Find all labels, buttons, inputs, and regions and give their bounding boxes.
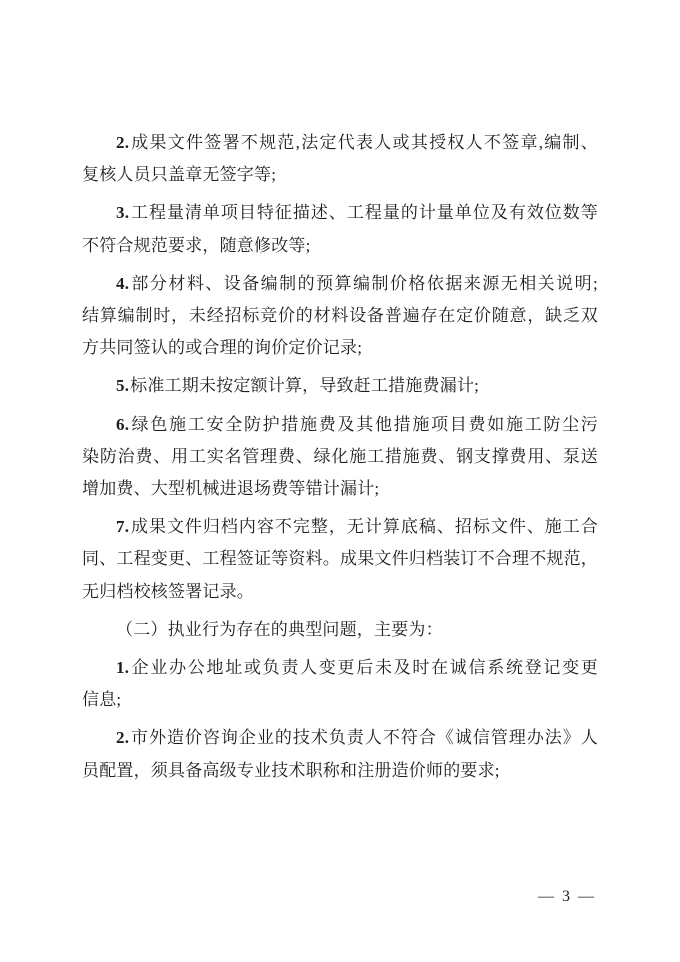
text-line: 复核人员只盖章无签字等; <box>82 159 598 191</box>
paragraph: 7.成果文件归档内容不完整，无计算底稿、招标文件、施工合同、工程变更、工程签证等… <box>82 511 598 608</box>
text-line: 结算编制时，未经招标竞价的材料设备普遍存在定价随意，缺乏双 <box>82 300 598 332</box>
document-page: 2.成果文件签署不规范,法定代表人或其授权人不签章,编制、复核人员只盖章无签字等… <box>0 0 680 962</box>
text-line: 7.成果文件归档内容不完整，无计算底稿、招标文件、施工合 <box>82 511 598 543</box>
text-line: 1.企业办公地址或负责人变更后未及时在诚信系统登记变更 <box>82 652 598 684</box>
page-number: — 3 — <box>538 888 596 906</box>
text-line: 增加费、大型机械进退场费等错计漏计; <box>82 473 598 505</box>
text-line: 染防治费、用工实名管理费、绿化施工措施费、钢支撑费用、泵送 <box>82 441 598 473</box>
paragraph: 4.部分材料、设备编制的预算编制价格依据来源无相关说明;结算编制时，未经招标竞价… <box>82 268 598 365</box>
text-line: 同、工程变更、工程签证等资料。成果文件归档装订不合理不规范， <box>82 543 598 575</box>
item-number: 7. <box>116 517 130 536</box>
item-number: 6. <box>116 415 130 434</box>
document-body: 2.成果文件签署不规范,法定代表人或其授权人不签章,编制、复核人员只盖章无签字等… <box>82 127 598 793</box>
text-line: 无归档校核签署记录。 <box>82 576 598 608</box>
item-number: 5. <box>116 376 130 395</box>
item-number: 2. <box>116 133 130 152</box>
text-line: 5.标准工期未按定额计算，导致赶工措施费漏计; <box>82 370 598 402</box>
text-line: 2.成果文件签署不规范,法定代表人或其授权人不签章,编制、 <box>82 127 598 159</box>
paragraph: 6.绿色施工安全防护措施费及其他措施项目费如施工防尘污染防治费、用工实名管理费、… <box>82 409 598 506</box>
paragraph: （二）执业行为存在的典型问题，主要为： <box>82 614 598 646</box>
item-number: 1. <box>116 658 130 677</box>
text-line: 4.部分材料、设备编制的预算编制价格依据来源无相关说明; <box>82 268 598 300</box>
text-line: 6.绿色施工安全防护措施费及其他措施项目费如施工防尘污 <box>82 409 598 441</box>
text-line: 2.市外造价咨询企业的技术负责人不符合《诚信管理办法》人 <box>82 722 598 754</box>
paragraph: 2.市外造价咨询企业的技术负责人不符合《诚信管理办法》人员配置，须具备高级专业技… <box>82 722 598 786</box>
paragraph: 5.标准工期未按定额计算，导致赶工措施费漏计; <box>82 370 598 402</box>
paragraph: 1.企业办公地址或负责人变更后未及时在诚信系统登记变更信息; <box>82 652 598 716</box>
text-line: 3.工程量清单项目特征描述、工程量的计量单位及有效位数等 <box>82 197 598 229</box>
paragraph: 2.成果文件签署不规范,法定代表人或其授权人不签章,编制、复核人员只盖章无签字等… <box>82 127 598 191</box>
text-line: 方共同签认的或合理的询价定价记录; <box>82 332 598 364</box>
text-line: 信息; <box>82 684 598 716</box>
paragraph: 3.工程量清单项目特征描述、工程量的计量单位及有效位数等不符合规范要求，随意修改… <box>82 197 598 261</box>
item-number: 4. <box>116 274 130 293</box>
text-line: 不符合规范要求，随意修改等; <box>82 230 598 262</box>
text-line: 员配置，须具备高级专业技术职称和注册造价师的要求; <box>82 755 598 787</box>
item-number: 2. <box>116 728 130 747</box>
text-line: （二）执业行为存在的典型问题，主要为： <box>82 614 598 646</box>
item-number: 3. <box>116 203 130 222</box>
